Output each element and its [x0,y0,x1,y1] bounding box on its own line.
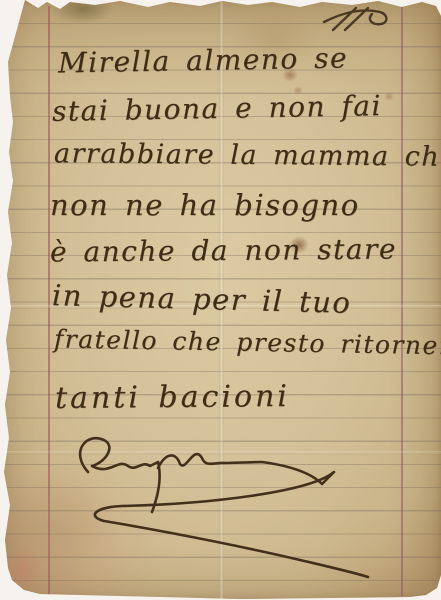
right-margin-line [401,6,403,596]
letter-paper: Mirella almeno se stai buona e non fai a… [0,0,441,600]
paper-stain [384,92,394,101]
handwriting-line: tanti bacioni [55,379,290,416]
handwriting-line: Mirella almeno se [58,41,349,79]
handwriting-line: arrabbiare la mamma che [54,138,441,173]
scanned-letter: Mirella almeno se stai buona e non fai a… [0,0,441,600]
fold-crease-horizontal [0,451,441,455]
handwriting-line: non ne ha bisogno [50,188,360,222]
handwriting-line: stai buona e non fai [52,89,382,128]
handwriting-line: è anche da non stare [50,232,397,268]
